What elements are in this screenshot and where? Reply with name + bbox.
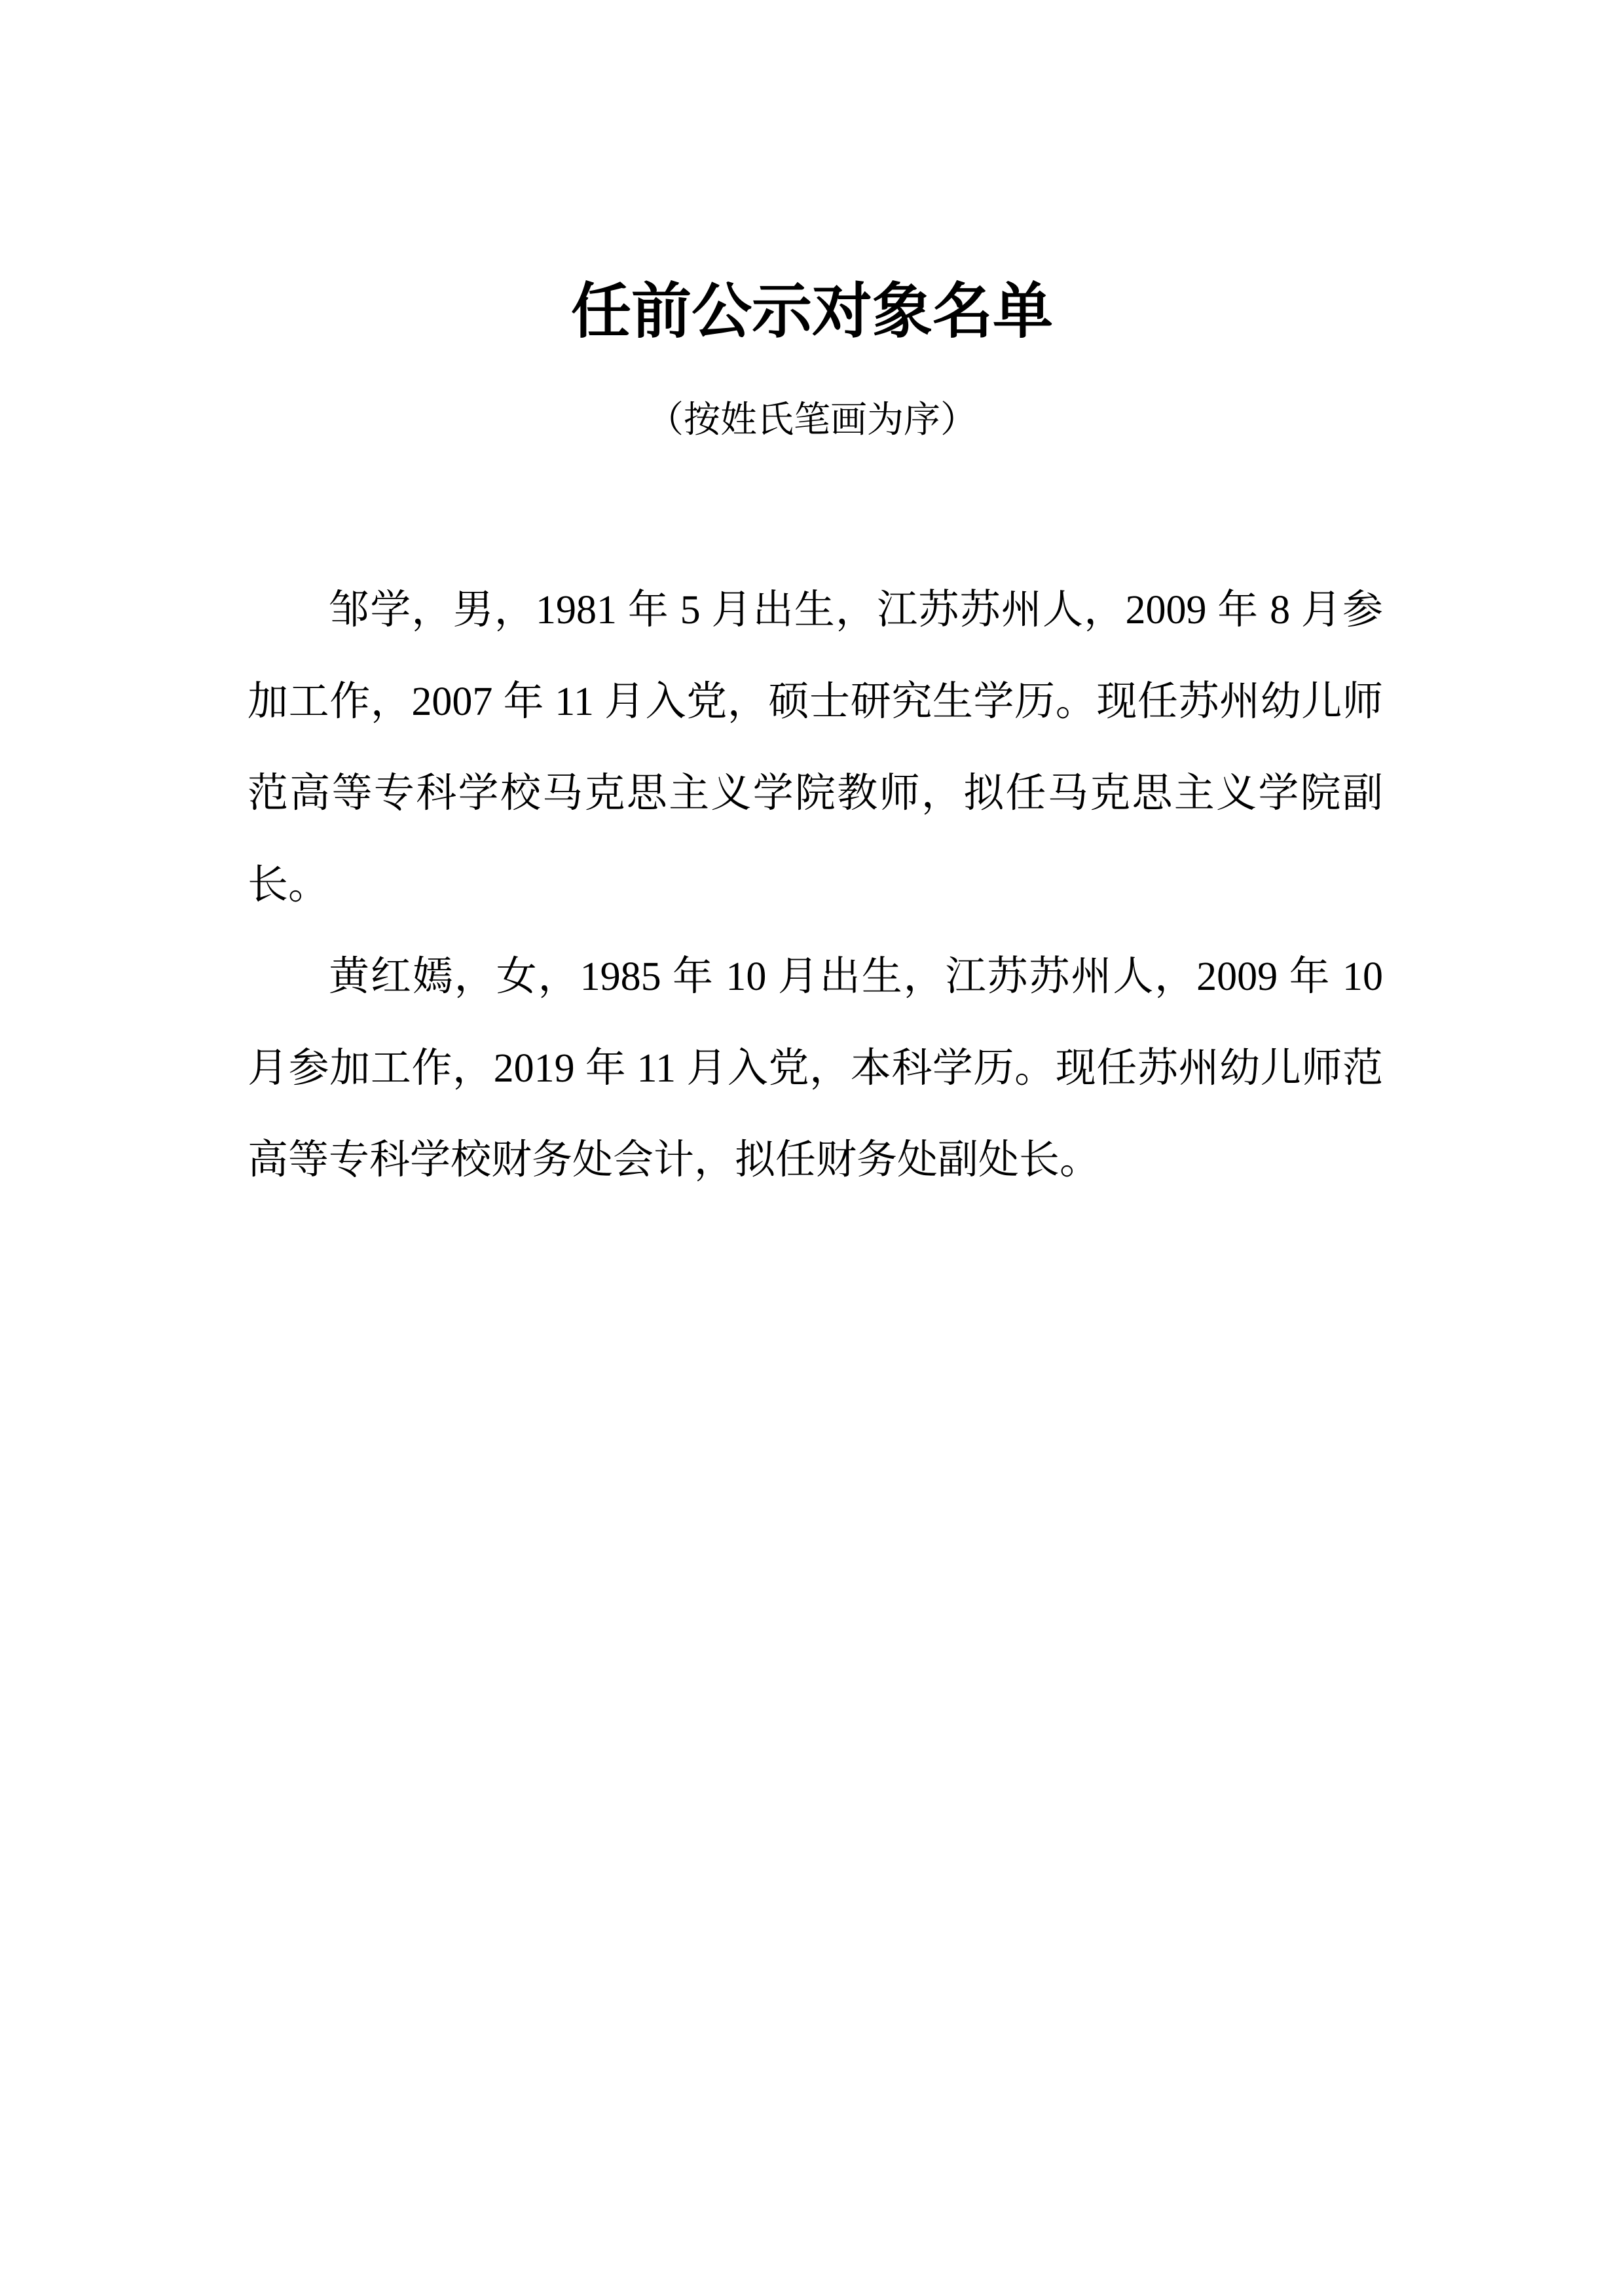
text-line: 长。 <box>248 839 1383 931</box>
text-line: 范高等专科学校马克思主义学院教师，拟任马克思主义学院副院 <box>248 748 1383 839</box>
document-page: 任前公示对象名单 （按姓氏笔画为序） 邹学，男，1981 年 5 月出生，江苏苏… <box>0 0 1624 2296</box>
text-line: 高等专科学校财务处会计，拟任财务处副处长。 <box>248 1114 1383 1206</box>
text-line: 黄红嫣，女，1985 年 10 月出生，江苏苏州人，2009 年 10 <box>248 931 1383 1023</box>
text-line: 邹学，男，1981 年 5 月出生，江苏苏州人，2009 年 8 月参 <box>248 564 1383 656</box>
text-line: 加工作，2007 年 11 月入党，硕士研究生学历。现任苏州幼儿师 <box>248 656 1383 748</box>
document-body: 邹学，男，1981 年 5 月出生，江苏苏州人，2009 年 8 月参 加工作，… <box>248 564 1383 1206</box>
page-subtitle: （按姓氏笔画为序） <box>0 392 1624 449</box>
page-title: 任前公示对象名单 <box>0 278 1624 346</box>
paragraph-zouxue: 邹学，男，1981 年 5 月出生，江苏苏州人，2009 年 8 月参 加工作，… <box>248 564 1383 931</box>
paragraph-huanghongyan: 黄红嫣，女，1985 年 10 月出生，江苏苏州人，2009 年 10 月参加工… <box>248 931 1383 1206</box>
text-line: 月参加工作，2019 年 11 月入党，本科学历。现任苏州幼儿师范 <box>248 1023 1383 1114</box>
